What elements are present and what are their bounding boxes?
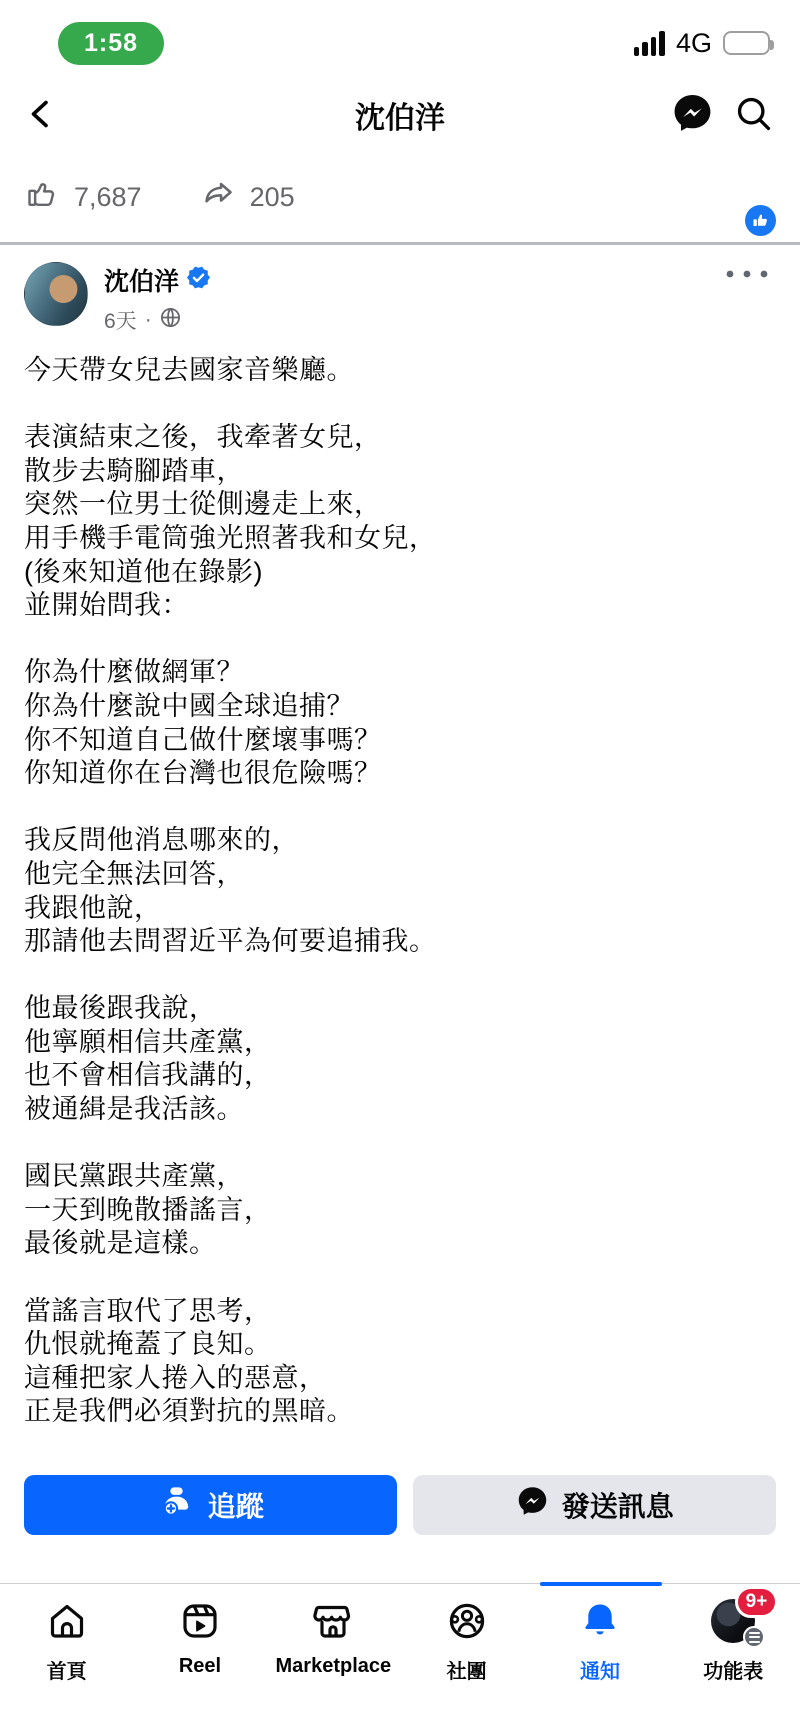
- status-indicators: 4G: [634, 28, 770, 59]
- post-text-line: [24, 623, 776, 657]
- post-text-line: 他完全無法回答，: [24, 858, 776, 892]
- like-reaction-badge-icon[interactable]: [745, 205, 776, 236]
- messenger-icon: [516, 1485, 549, 1525]
- tab-首頁[interactable]: 首頁: [0, 1598, 133, 1731]
- tab-功能表[interactable]: 9+功能表: [667, 1598, 800, 1731]
- bottom-tab-bar: 首頁ReelMarketplace社團通知9+功能表: [0, 1583, 800, 1731]
- post-text-line: 仇恨就掩蓋了良知。: [24, 1328, 776, 1362]
- post-text-line: 用手機手電筒強光照著我和女兒，: [24, 522, 776, 556]
- like-count-group[interactable]: 7,687: [26, 176, 142, 218]
- tab-label: Marketplace: [276, 1655, 392, 1678]
- signal-bars-icon: [634, 30, 665, 56]
- share-count-group[interactable]: 205: [200, 175, 295, 219]
- share-arrow-icon: [200, 175, 237, 219]
- post-text-line: [24, 388, 776, 422]
- post-text-line: 那請他去問習近平為何要追捕我。: [24, 925, 776, 959]
- marketplace-icon: [310, 1598, 356, 1644]
- ellipsis-icon: [724, 268, 770, 283]
- back-button[interactable]: [26, 98, 58, 133]
- post-text-line: 當謠言取代了思考，: [24, 1295, 776, 1329]
- post-text-line: 這種把家人捲入的惡意，: [24, 1362, 776, 1396]
- post-text-line: 你不知道自己做什麼壞事嗎？: [24, 724, 776, 758]
- messenger-icon: [671, 92, 714, 138]
- status-bar: 1:58 4G: [0, 0, 800, 72]
- reactions-summary-row: 7,687 205: [0, 158, 800, 236]
- search-button[interactable]: [734, 94, 774, 137]
- tab-label: 功能表: [703, 1655, 763, 1684]
- hamburger-mini-icon: [743, 1626, 765, 1648]
- user-plus-icon: [158, 1483, 195, 1527]
- reels-icon: [177, 1598, 223, 1644]
- post-header: 沈伯洋 6天 ·: [0, 245, 800, 335]
- post-options-button[interactable]: [722, 262, 772, 289]
- battery-icon: [723, 31, 770, 55]
- meta-separator: ·: [145, 308, 152, 332]
- post-text-line: 最後就是這樣。: [24, 1227, 776, 1261]
- post-text-line: 正是我們必須對抗的黑暗。: [24, 1395, 776, 1429]
- post-text-line: 我反問他消息哪來的，: [24, 824, 776, 858]
- post-time[interactable]: 6天: [104, 305, 137, 335]
- author-name[interactable]: 沈伯洋: [104, 262, 179, 298]
- post-text-line: [24, 959, 776, 993]
- post-text-line: 也不會相信我講的，: [24, 1059, 776, 1093]
- post-text-line: 你知道你在台灣也很危險嗎？: [24, 757, 776, 791]
- network-type-label: 4G: [676, 28, 712, 59]
- post-text-line: (後來知道他在錄影): [24, 556, 776, 590]
- home-icon: [44, 1598, 90, 1644]
- send-message-button-label: 發送訊息: [562, 1485, 674, 1525]
- notifications-bell-icon: [577, 1598, 623, 1644]
- verified-badge-icon: [187, 266, 210, 294]
- post-text-line: 國民黨跟共產黨，: [24, 1160, 776, 1194]
- chevron-left-icon: [26, 98, 58, 133]
- tab-label: 社團: [447, 1655, 487, 1684]
- post-text-line: 並開始問我：: [24, 589, 776, 623]
- messenger-button[interactable]: [671, 92, 714, 138]
- post-body-text: 今天帶女兒去國家音樂廳。表演結束之後，我牽著女兒，散步去騎腳踏車，突然一位男士從…: [0, 335, 800, 1429]
- post-text-line: 今天帶女兒去國家音樂廳。: [24, 354, 776, 388]
- post-text-line: [24, 791, 776, 825]
- tab-label: Reel: [179, 1655, 221, 1678]
- tab-社團[interactable]: 社團: [400, 1598, 533, 1731]
- post-text-line: 你為什麼做網軍？: [24, 656, 776, 690]
- tab-marketplace[interactable]: Marketplace: [267, 1598, 400, 1731]
- search-icon: [734, 94, 774, 137]
- post-text-line: 他寧願相信共產黨，: [24, 1026, 776, 1060]
- post-text-line: 被通緝是我活該。: [24, 1093, 776, 1127]
- like-count: 7,687: [74, 182, 142, 213]
- menu-avatar-icon: 9+: [710, 1598, 756, 1644]
- profile-action-row: 追蹤 發送訊息: [0, 1475, 800, 1535]
- nav-bar: 沈伯洋: [0, 72, 800, 158]
- active-tab-indicator: [540, 1582, 662, 1587]
- send-message-button[interactable]: 發送訊息: [413, 1475, 776, 1535]
- tab-reel[interactable]: Reel: [133, 1598, 266, 1731]
- thumbs-up-outline-icon: [26, 176, 61, 218]
- status-time: 1:58: [84, 29, 138, 58]
- post-text-line: 一天到晚散播謠言，: [24, 1194, 776, 1228]
- post-text-line: [24, 1261, 776, 1295]
- post-text-line: 散步去騎腳踏車，: [24, 455, 776, 489]
- tab-label: 通知: [580, 1655, 620, 1684]
- tab-通知[interactable]: 通知: [533, 1598, 666, 1731]
- tab-label: 首頁: [47, 1655, 87, 1684]
- active-call-pill[interactable]: 1:58: [58, 22, 164, 65]
- post-text-line: 你為什麼說中國全球追捕？: [24, 690, 776, 724]
- share-count: 205: [250, 182, 295, 213]
- follow-button-label: 追蹤: [208, 1485, 264, 1525]
- groups-icon: [444, 1598, 490, 1644]
- globe-icon: [160, 307, 181, 334]
- post-text-line: 突然一位男士從側邊走上來，: [24, 488, 776, 522]
- post-text-line: 表演結束之後，我牽著女兒，: [24, 421, 776, 455]
- author-avatar[interactable]: [24, 262, 88, 326]
- notification-count-badge: 9+: [735, 1586, 779, 1618]
- follow-button[interactable]: 追蹤: [24, 1475, 397, 1535]
- post-text-line: [24, 1127, 776, 1161]
- post-text-line: 我跟他說，: [24, 892, 776, 926]
- facebook-mobile-screen: 1:58 4G 沈伯洋: [0, 0, 800, 1731]
- post-text-line: 他最後跟我說，: [24, 992, 776, 1026]
